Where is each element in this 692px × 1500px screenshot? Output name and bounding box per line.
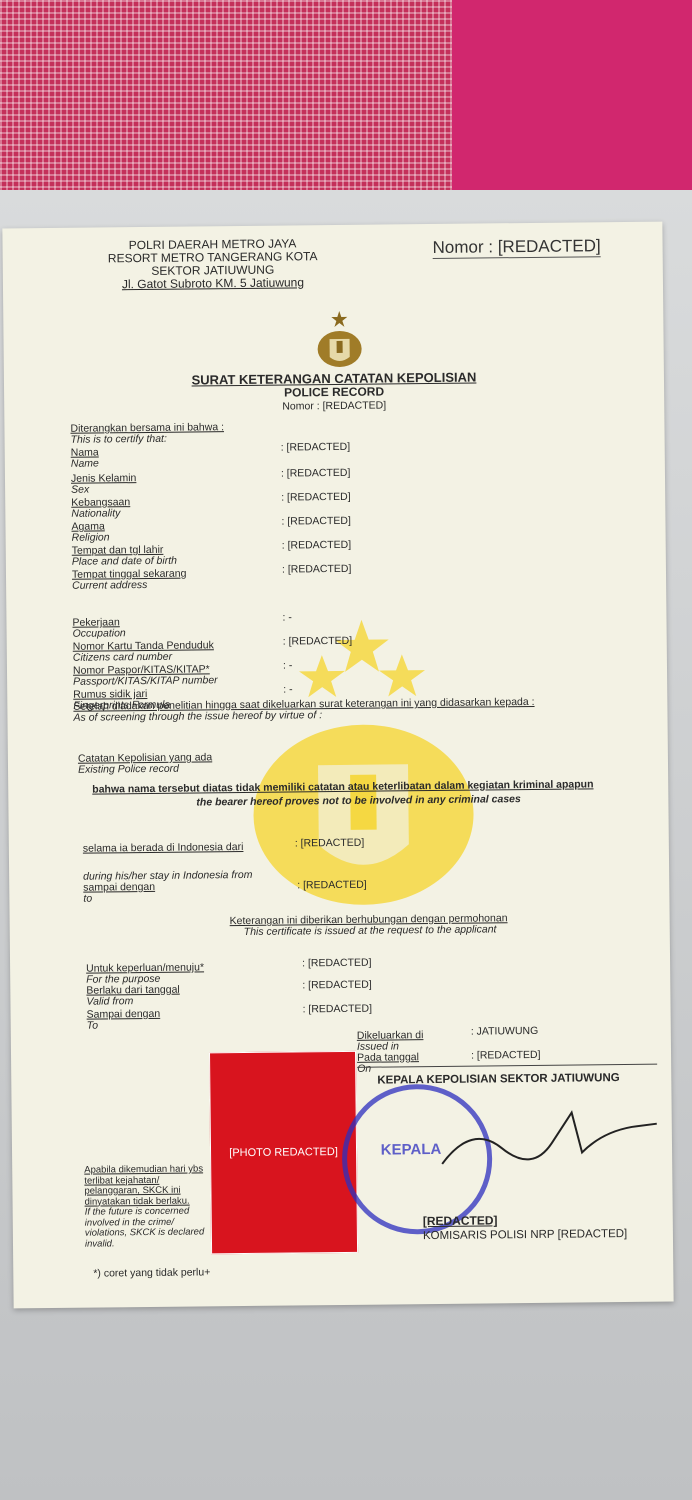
issued-in-value: : JATIUWUNG	[471, 1025, 539, 1038]
footnote: *) coret yang tidak perlu+	[93, 1266, 210, 1279]
field-label: AgamaReligion	[71, 521, 109, 543]
stay-from-value: : [REDACTED]	[295, 837, 365, 850]
field-value: : [REDACTED]	[281, 467, 351, 480]
field-label-en: Passport/KITAS/KITAP number	[73, 675, 218, 688]
field-label: Jenis KelaminSex	[71, 473, 137, 496]
field-label: Tempat tinggal sekarangCurrent address	[72, 569, 187, 592]
note-id: Apabila dikemudian hari ybs terlibat kej…	[84, 1164, 208, 1207]
request-text: Keterangan ini diberikan berhubungan den…	[230, 913, 508, 938]
signatory-rank: KOMISARIS POLISI NRP [REDACTED]	[423, 1228, 627, 1242]
field-label: Tempat dan tgl lahirPlace and date of bi…	[72, 545, 177, 568]
field-value: : -	[282, 611, 291, 623]
purpose-value: : [REDACTED]	[302, 1003, 372, 1016]
request-en: This certificate is issued at the reques…	[230, 924, 508, 938]
field-value: : [REDACTED]	[281, 491, 351, 504]
field-label: KebangsaanNationality	[71, 497, 130, 520]
note-en: If the future is concerned involved in t…	[85, 1206, 209, 1249]
field-label-en: Name	[71, 458, 99, 469]
field-label: PekerjaanOccupation	[72, 617, 125, 640]
field-value: : [REDACTED]	[282, 563, 352, 576]
field-label: Nomor Paspor/KITAS/KITAP*Passport/KITAS/…	[73, 664, 218, 688]
background-cloth-right	[452, 0, 692, 200]
field-label-en: Nationality	[71, 508, 130, 520]
serial-number: Nomor : [REDACTED]	[432, 236, 600, 259]
existing-en: Existing Police record	[78, 763, 212, 775]
purpose-label: Sampai denganTo	[87, 1009, 161, 1032]
field-value: : [REDACTED]	[281, 515, 351, 528]
purpose-value: : [REDACTED]	[302, 979, 372, 992]
field-label-en: Religion	[72, 532, 110, 543]
validity-note: Apabila dikemudian hari ybs terlibat kej…	[84, 1164, 209, 1249]
police-record-document: POLRI DAERAH METRO JAYA RESORT METRO TAN…	[2, 222, 673, 1309]
police-emblem-icon	[311, 309, 368, 370]
stay-from: selama ia berada di Indonesia dari	[83, 842, 244, 855]
field-label: NamaName	[71, 447, 99, 469]
field-value: : [REDACTED]	[282, 539, 352, 552]
field-label-en: Occupation	[73, 628, 126, 640]
emblem-watermark-icon	[236, 613, 489, 916]
field-value: : [REDACTED]	[281, 441, 351, 454]
intro: Diterangkan bersama ini bahwa : This is …	[70, 422, 224, 446]
field-value: : -	[283, 659, 292, 671]
purpose-label-en: Valid from	[86, 996, 180, 1008]
issuer-header: POLRI DAERAH METRO JAYA RESORT METRO TAN…	[92, 237, 333, 292]
signatory-name: [REDACTED]	[423, 1213, 498, 1228]
issued-block: Dikeluarkan di Issued in Pada tanggal On	[357, 1030, 424, 1075]
field-value: : -	[283, 683, 292, 695]
field-label: Nomor Kartu Tanda PendudukCitizens card …	[73, 640, 214, 663]
field-label-en: Place and date of birth	[72, 556, 177, 568]
purpose-label-en: To	[87, 1020, 161, 1032]
photo-placeholder: [PHOTO REDACTED]	[210, 1052, 357, 1254]
signature-icon	[432, 1102, 663, 1184]
header-address: Jl. Gatot Subroto KM. 5 Jatiuwung	[93, 276, 333, 292]
field-label-en: Current address	[72, 580, 187, 592]
purpose-label: Berlaku dari tanggalValid from	[86, 985, 180, 1008]
stay-to-value: : [REDACTED]	[297, 879, 367, 892]
stay-to-en: to	[83, 892, 252, 905]
existing-record: Catatan Kepolisian yang ada Existing Pol…	[78, 752, 212, 775]
field-label-en: Citizens card number	[73, 651, 214, 663]
issued-on-en: On	[357, 1063, 424, 1075]
field-label-en: Sex	[71, 484, 136, 496]
purpose-label: Untuk keperluan/menuju*For the purpose	[86, 962, 204, 985]
stay-from-id: selama ia berada di Indonesia dari	[83, 842, 244, 855]
applicant-photo: [PHOTO REDACTED]	[209, 1051, 358, 1255]
purpose-value: : [REDACTED]	[302, 957, 372, 970]
intro-en: This is to certify that:	[71, 433, 225, 446]
stay-to: during his/her stay in Indonesia from sa…	[83, 870, 253, 905]
field-value: : [REDACTED]	[283, 635, 353, 648]
issued-on-value: : [REDACTED]	[471, 1049, 541, 1062]
